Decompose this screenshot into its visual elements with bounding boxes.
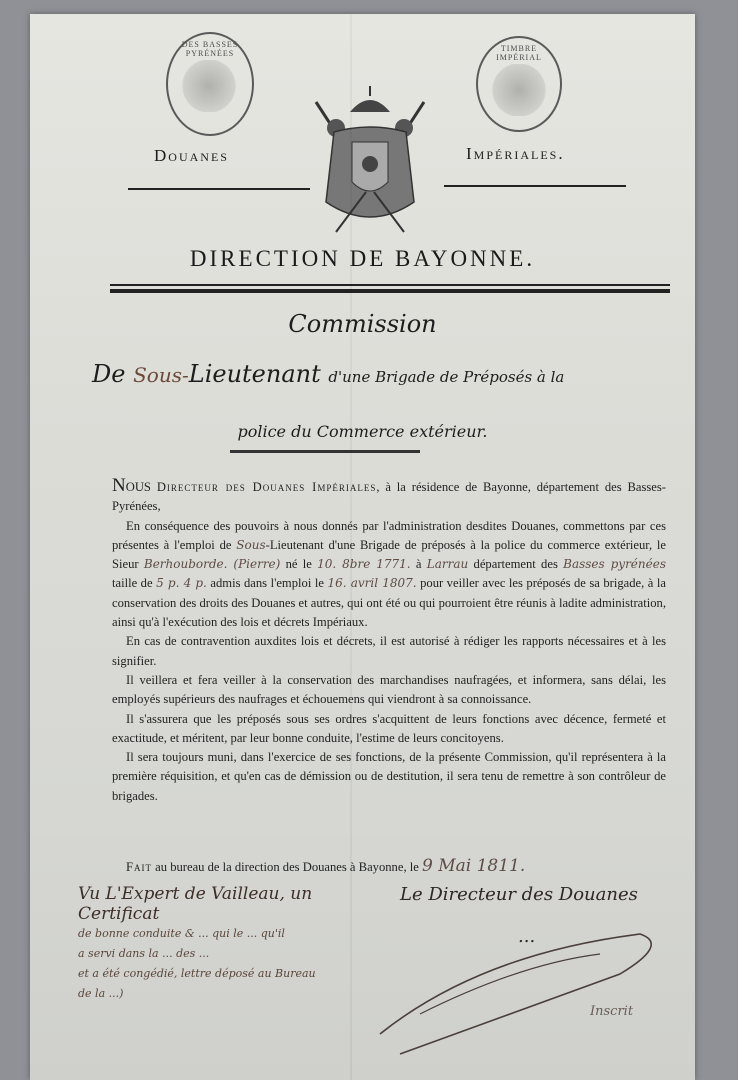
margin-note-line: et a été congédié, lettre déposé au Bure… [78,964,378,984]
rank-prefix: De [92,360,125,388]
title-rule-thin [110,284,670,286]
margin-note-line: a servi dans la ... des ... [78,944,378,964]
fill-birthdate: 10. 8bre 1771. [317,557,410,571]
commission-heading: Commission [30,310,695,338]
fill-issue-date: 9 Mai 1811. [422,856,525,876]
p2-text-f: taille de [112,576,153,590]
document-page: DES BASSES PYRÉNÉES TIMBRE IMPÉRIAL Doua… [30,14,695,1080]
paragraph-4: Il veillera et fera veiller à la conserv… [112,671,666,710]
paragraph-1: NOUS Directeur des Douanes Impériales, à… [112,476,666,517]
departmental-stamp: DES BASSES PYRÉNÉES [166,32,254,136]
direction-title: DIRECTION DE BAYONNE. [30,246,695,272]
stamp-left-text: DES BASSES PYRÉNÉES [172,40,248,58]
stamp-right-text: TIMBRE IMPÉRIAL [482,44,556,62]
margin-note-line: de bonne conduite & ... qui le ... qu'il [78,924,378,944]
signature-flourish-icon [360,914,680,1064]
margin-note-head: Vu L'Expert de Vailleau, un Certificat [78,884,378,924]
fill-birthplace: Larrau [427,557,468,571]
paragraph-5: Il s'assurera que les préposés sous ses … [112,710,666,749]
stamp-left-image [182,60,236,112]
fill-height: 5 p. 4 p. [156,576,207,590]
p2-text-g: admis dans l'emploi le [210,576,324,590]
fill-admission-date: 16. avril 1807. [327,576,416,590]
fill-rank: Sous [236,538,265,552]
paragraph-6: Il sera toujours muni, dans l'exercice d… [112,748,666,806]
rank-line: De Sous-Lieutenant d'une Brigade de Prép… [92,360,564,388]
p2-text-d: à [416,557,422,571]
handwritten-margin-note: Vu L'Expert de Vailleau, un Certificat d… [78,884,378,1004]
ornament-rule [230,450,420,453]
fill-department: Basses pyrénées [563,557,666,571]
closing-line: Fait au bureau de la direction des Douan… [126,856,525,876]
rank-rest: d'une Brigade de Préposés à la [328,368,564,386]
header-imperiales: Impériales. [466,144,565,164]
stamp-right-image [492,64,546,116]
title-rule-thick [110,289,670,293]
drop-initial: N [112,475,126,496]
nous-word: OUS [126,480,151,494]
imperial-coat-of-arms-icon [306,82,434,242]
p2-text-c: né le [286,557,312,571]
paragraph-3: En cas de contravention auxdites lois et… [112,632,666,671]
police-line: police du Commerce extérieur. [30,422,695,441]
paragraph-2: En conséquence des pouvoirs à nous donné… [112,517,666,633]
bottom-inscription: Inscrit [590,1004,633,1019]
brace-divider-right [444,185,626,187]
director-signature-label: Le Directeur des Douanes [400,884,638,905]
commission-body: NOUS Directeur des Douanes Impériales, à… [112,476,666,806]
fill-name: Berhouborde. (Pierre) [144,557,280,571]
fait-word: Fait [126,860,152,874]
margin-note-line: de la ...) [78,984,378,1004]
rank-handwritten-fill: Sous- [133,363,189,387]
p2-text-e: département des [474,557,558,571]
imperial-tax-stamp: TIMBRE IMPÉRIAL [476,36,562,132]
brace-divider-left [128,188,310,190]
header-douanes: Douanes [154,146,229,166]
closing-text: au bureau de la direction des Douanes à … [155,860,419,874]
director-title: Directeur des Douanes Impériales [157,480,377,494]
rank-title: Lieutenant [189,360,321,388]
